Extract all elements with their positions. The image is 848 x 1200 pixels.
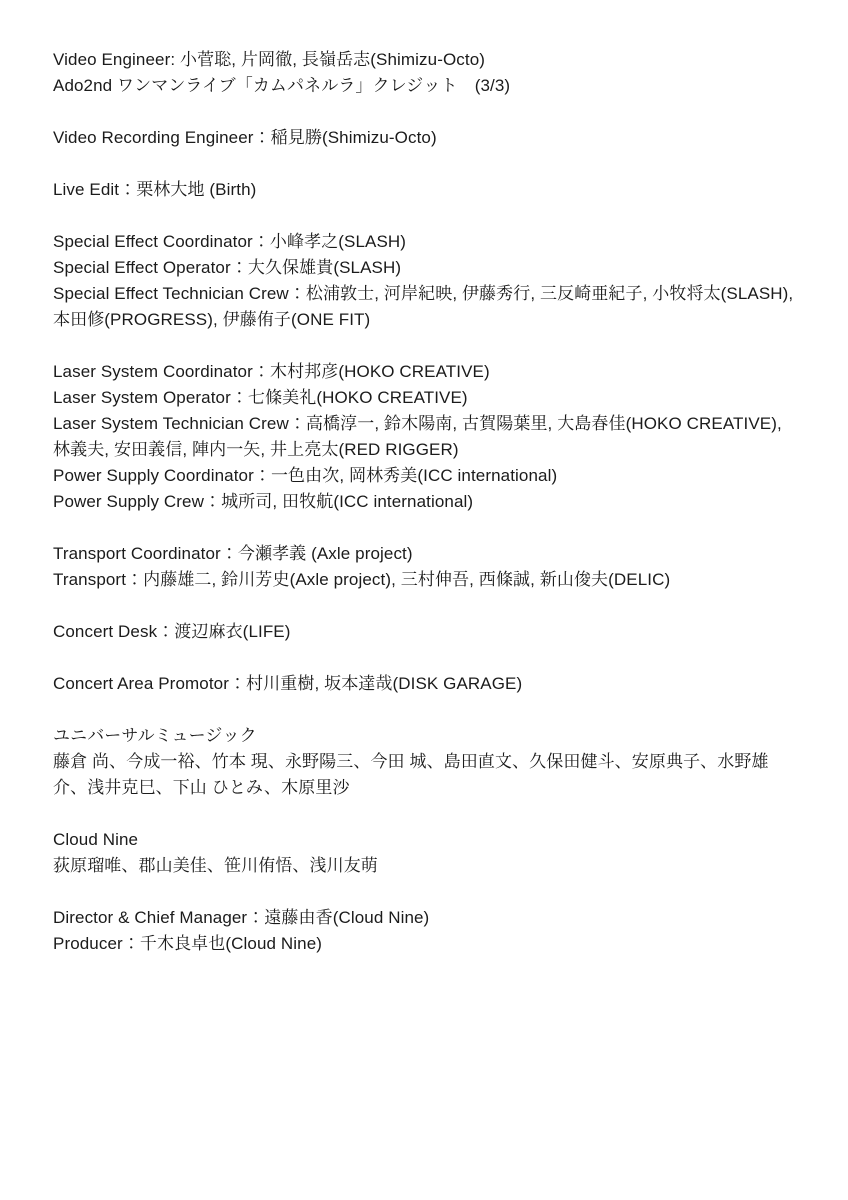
credit-line: Cloud Nine <box>53 827 800 853</box>
credit-line: Special Effect Technician Crew：松浦敦士, 河岸紀… <box>53 281 800 333</box>
credit-paragraph-video-recording-engineer: Video Recording Engineer：稲見勝(Shimizu-Oct… <box>53 125 800 151</box>
credit-paragraph-director-and-producer: Director & Chief Manager：遠藤由香(Cloud Nine… <box>53 905 800 957</box>
credit-paragraph-laser-system-and-power-supply: Laser System Coordinator：木村邦彦(HOKO CREAT… <box>53 359 800 515</box>
credit-line: Concert Area Promotor：村川重樹, 坂本達哉(DISK GA… <box>53 671 800 697</box>
credit-paragraph-live-edit: Live Edit：栗林大地 (Birth) <box>53 177 800 203</box>
credit-paragraph-page-header: Video Engineer: 小菅聡, 片岡徹, 長嶺岳志(Shimizu-O… <box>53 47 800 99</box>
credit-line: 荻原瑠唯、郡山美佳、笹川侑悟、浅川友萌 <box>53 853 800 879</box>
credit-line: Producer：千木良卓也(Cloud Nine) <box>53 931 800 957</box>
credit-line: Transport Coordinator：今瀬孝義 (Axle project… <box>53 541 800 567</box>
credit-line: Ado2nd ワンマンライブ「カムパネルラ」クレジット (3/3) <box>53 73 800 99</box>
credits-page: Video Engineer: 小菅聡, 片岡徹, 長嶺岳志(Shimizu-O… <box>0 0 848 1200</box>
credit-line: Video Engineer: 小菅聡, 片岡徹, 長嶺岳志(Shimizu-O… <box>53 47 800 73</box>
credit-line: Live Edit：栗林大地 (Birth) <box>53 177 800 203</box>
credit-line: Special Effect Operator：大久保雄貴(SLASH) <box>53 255 800 281</box>
credit-line: Laser System Operator：七條美礼(HOKO CREATIVE… <box>53 385 800 411</box>
credit-line: Concert Desk：渡辺麻衣(LIFE) <box>53 619 800 645</box>
credit-line: Power Supply Crew：城所司, 田牧航(ICC internati… <box>53 489 800 515</box>
credit-line: Laser System Coordinator：木村邦彦(HOKO CREAT… <box>53 359 800 385</box>
credit-line: Transport：内藤雄二, 鈴川芳史(Axle project), 三村伸吾… <box>53 567 800 593</box>
credit-paragraph-cloud-nine: Cloud Nine荻原瑠唯、郡山美佳、笹川侑悟、浅川友萌 <box>53 827 800 879</box>
credit-line: Video Recording Engineer：稲見勝(Shimizu-Oct… <box>53 125 800 151</box>
credit-paragraph-universal-music: ユニバーサルミュージック藤倉 尚、今成一裕、竹本 現、永野陽三、今田 城、島田直… <box>53 723 800 801</box>
credit-line: Laser System Technician Crew：高橋淳一, 鈴木陽南,… <box>53 411 800 463</box>
credit-paragraph-concert-area-promotor: Concert Area Promotor：村川重樹, 坂本達哉(DISK GA… <box>53 671 800 697</box>
credit-paragraph-transport: Transport Coordinator：今瀬孝義 (Axle project… <box>53 541 800 593</box>
credits-text-block: Video Engineer: 小菅聡, 片岡徹, 長嶺岳志(Shimizu-O… <box>53 47 800 957</box>
credit-paragraph-special-effect: Special Effect Coordinator：小峰孝之(SLASH)Sp… <box>53 229 800 333</box>
credit-line: Director & Chief Manager：遠藤由香(Cloud Nine… <box>53 905 800 931</box>
credit-paragraph-concert-desk: Concert Desk：渡辺麻衣(LIFE) <box>53 619 800 645</box>
credit-line: Power Supply Coordinator：一色由次, 岡林秀美(ICC … <box>53 463 800 489</box>
credit-line: 藤倉 尚、今成一裕、竹本 現、永野陽三、今田 城、島田直文、久保田健斗、安原典子… <box>53 749 800 801</box>
credit-line: Special Effect Coordinator：小峰孝之(SLASH) <box>53 229 800 255</box>
credit-line: ユニバーサルミュージック <box>53 723 800 749</box>
